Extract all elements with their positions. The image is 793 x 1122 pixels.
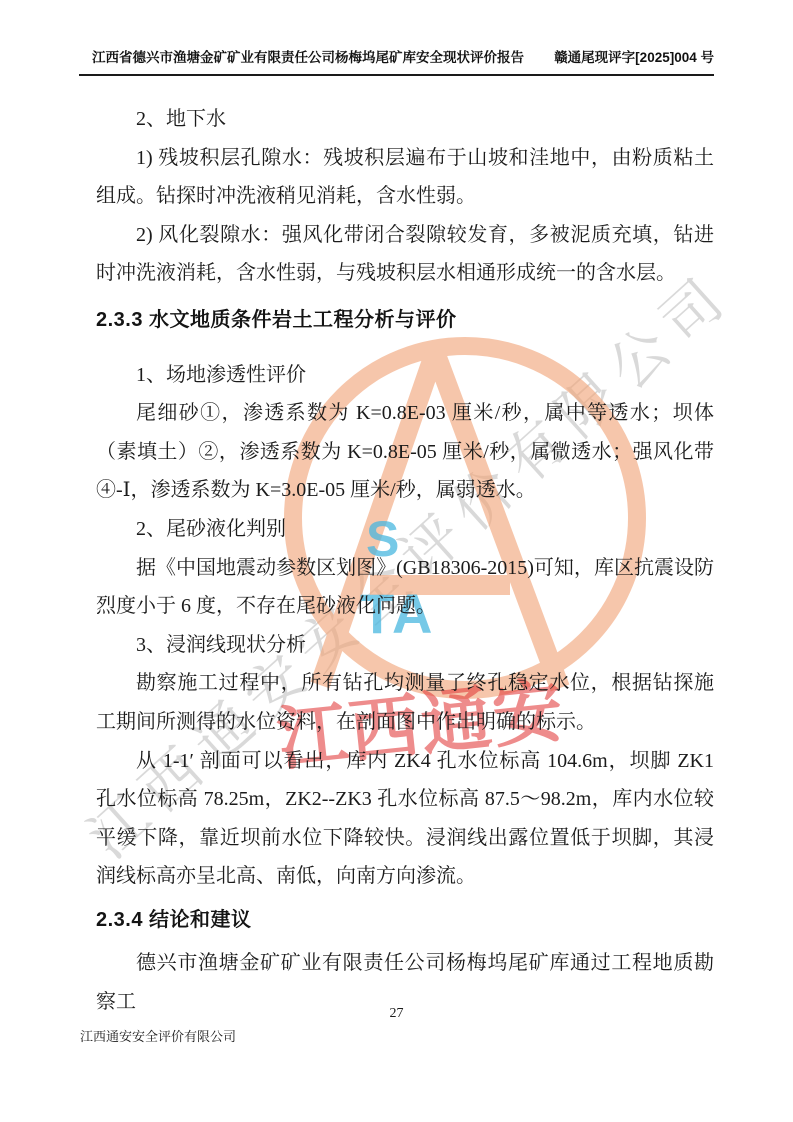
paragraph-phreatic-line-title: 3、浸润线现状分析 <box>96 626 714 665</box>
paragraph-conclusion-intro: 德兴市渔塘金矿矿业有限责任公司杨梅坞尾矿库通过工程地质勘察工 <box>96 944 714 1021</box>
section-heading-2-3-4: 2.3.4 结论和建议 <box>96 901 714 940</box>
paragraph-profile-water-level-analysis: 从 1-1′ 剖面可以看出，库内 ZK4 孔水位标高 104.6m，坝脚 ZK1… <box>96 742 714 896</box>
paragraph-weathered-fissure-water: 2) 风化裂隙水：强风化带闭合裂隙较发育，多被泥质充填，钻进时冲洗液消耗，含水性… <box>96 216 714 293</box>
paragraph-residual-slope-pore-water: 1) 残坡积层孔隙水：残坡积层遍布于山坡和洼地中，由粉质粘土组成。钻探时冲洗液稍… <box>96 139 714 216</box>
header-report-title: 江西省德兴市渔塘金矿矿业有限责任公司杨梅坞尾矿库安全现状评价报告 <box>92 48 524 68</box>
document-body: 2、地下水 1) 残坡积层孔隙水：残坡积层遍布于山坡和洼地中，由粉质粘土组成。钻… <box>96 100 714 1022</box>
header-rule <box>79 74 714 76</box>
paragraph-seismic-zoning: 据《中国地震动参数区划图》(GB18306-2015)可知，库区抗震设防烈度小于… <box>96 549 714 626</box>
paragraph-tailings-liquefaction-title: 2、尾砂液化判别 <box>96 510 714 549</box>
paragraph-site-permeability-title: 1、场地渗透性评价 <box>96 356 714 395</box>
page-number: 27 <box>390 1006 404 1022</box>
section-heading-2-3-3: 2.3.3 水文地质条件岩土工程分析与评价 <box>96 301 714 340</box>
paragraph-groundwater-title: 2、地下水 <box>96 100 714 139</box>
page-header: 江西省德兴市渔塘金矿矿业有限责任公司杨梅坞尾矿库安全现状评价报告 赣通尾现评字[… <box>79 48 714 68</box>
paragraph-survey-water-levels: 勘察施工过程中，所有钻孔均测量了终孔稳定水位，根据钻探施工期间所测得的水位资料，… <box>96 664 714 741</box>
header-doc-number: 赣通尾现评字[2025]004 号 <box>554 48 714 68</box>
paragraph-permeability-coefficients: 尾细砂①，渗透系数为 K=0.8E-03 厘米/秒，属中等透水；坝体（素填土）②… <box>96 394 714 510</box>
footer-company-name: 江西通安安全评价有限公司 <box>80 1026 236 1045</box>
document-page: 江西通安安全评价有限公司 S TA 江西通安 江西省德兴市渔塘金矿矿业有限责任公… <box>0 0 793 1122</box>
